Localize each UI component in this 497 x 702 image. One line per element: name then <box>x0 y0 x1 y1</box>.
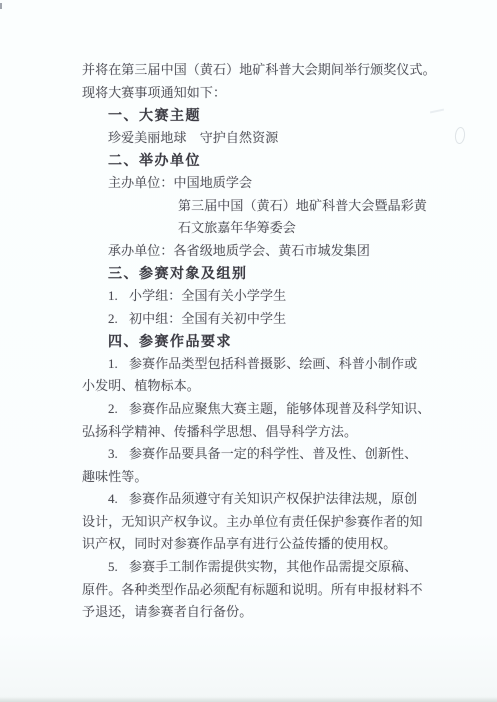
text-line: 承办单位：各省级地质学会、黄石市城发集团 <box>82 240 462 263</box>
text-line: 2.初中组：全国有关初中学生 <box>82 308 462 331</box>
text-line: 第三届中国（黄石）地矿科普大会暨晶彩黄 <box>82 195 462 218</box>
text-line: 3.参赛作品要具备一定的科学性、普及性、创新性、 <box>82 443 462 466</box>
text-line: 1.参赛作品类型包括科普摄影、绘画、科普小制作或 <box>82 353 462 376</box>
line-text: 主办单位：中国地质学会 <box>108 175 252 190</box>
line-text: 第三届中国（黄石）地矿科普大会暨晶彩黄 <box>178 198 427 213</box>
line-text: 小学组：全国有关小学学生 <box>129 288 286 303</box>
line-text: 现将大赛事项通知如下： <box>82 85 226 100</box>
list-item-number: 4. <box>108 488 129 511</box>
text-line: 珍爱美丽地球 守护自然资源 <box>82 127 462 150</box>
section-heading: 二、举办单位 <box>82 149 462 172</box>
line-text: 三、参赛对象及组别 <box>108 265 248 281</box>
text-line: 主办单位：中国地质学会 <box>82 172 462 195</box>
line-text: 承办单位：各省级地质学会、黄石市城发集团 <box>108 243 370 258</box>
line-text: 予退还，请参赛者自行备份。 <box>82 604 252 619</box>
text-line: 1.小学组：全国有关小学学生 <box>82 285 462 308</box>
text-line: 2.参赛作品应聚焦大赛主题，能够体现普及科学知识、 <box>82 398 462 421</box>
list-item-number: 5. <box>108 556 129 579</box>
section-heading: 四、参赛作品要求 <box>82 330 462 353</box>
line-text: 参赛作品应聚焦大赛主题，能够体现普及科学知识、 <box>129 401 430 416</box>
section-heading: 一、大赛主题 <box>82 104 462 127</box>
line-text: 参赛作品要具备一定的科学性、普及性、创新性、 <box>129 446 417 461</box>
text-line: 予退还，请参赛者自行备份。 <box>82 601 462 624</box>
line-text: 原件。各种类型作品必须配有标题和说明。所有申报材料不 <box>82 582 423 597</box>
list-item-number: 1. <box>108 285 129 308</box>
text-line: 趣味性等。 <box>82 466 462 489</box>
section-heading: 三、参赛对象及组别 <box>82 262 462 285</box>
line-text: 珍爱美丽地球 守护自然资源 <box>108 130 278 145</box>
line-text: 四、参赛作品要求 <box>108 333 232 349</box>
line-text: 参赛作品须遵守有关知识产权保护法律法规，原创 <box>129 491 417 506</box>
text-line: 原件。各种类型作品必须配有标题和说明。所有申报材料不 <box>82 579 462 602</box>
text-line: 现将大赛事项通知如下： <box>82 82 462 105</box>
line-text: 二、举办单位 <box>108 152 201 168</box>
text-line: 识产权，同时对参赛作品享有进行公益传播的使用权。 <box>82 533 462 556</box>
scanner-bottom-shadow <box>0 697 497 702</box>
line-text: 初中组：全国有关初中学生 <box>129 311 286 326</box>
list-item-number: 1. <box>108 353 129 376</box>
text-line: 弘扬科学精神、传播科学思想、倡导科学方法。 <box>82 421 462 444</box>
list-item-number: 2. <box>108 398 129 421</box>
scan-edge-speck <box>0 3 2 9</box>
scan-ring-artifact <box>454 127 466 145</box>
line-text: 小发明、植物标本。 <box>82 378 200 393</box>
text-line: 4.参赛作品须遵守有关知识产权保护法律法规，原创 <box>82 488 462 511</box>
text-line: 石文旅嘉年华筹委会 <box>82 217 462 240</box>
notice-text-block: 并将在第三届中国（黄石）地矿科普大会期间举行颁奖仪式。现将大赛事项通知如下：一、… <box>82 59 462 624</box>
line-text: 趣味性等。 <box>82 469 148 484</box>
line-text: 弘扬科学精神、传播科学思想、倡导科学方法。 <box>82 424 357 439</box>
line-text: 设计，无知识产权争议。主办单位有责任保护参赛作者的知 <box>82 514 423 529</box>
line-text: 石文旅嘉年华筹委会 <box>178 220 296 235</box>
list-item-number: 3. <box>108 443 129 466</box>
line-text: 并将在第三届中国（黄石）地矿科普大会期间举行颁奖仪式。 <box>82 62 436 77</box>
line-text: 参赛手工制作需提供实物，其他作品需提交原稿、 <box>129 559 417 574</box>
line-text: 识产权，同时对参赛作品享有进行公益传播的使用权。 <box>82 536 396 551</box>
scanned-notice-page: 并将在第三届中国（黄石）地矿科普大会期间举行颁奖仪式。现将大赛事项通知如下：一、… <box>0 0 497 702</box>
text-line: 设计，无知识产权争议。主办单位有责任保护参赛作者的知 <box>82 511 462 534</box>
line-text: 参赛作品类型包括科普摄影、绘画、科普小制作或 <box>129 356 417 371</box>
text-line: 5.参赛手工制作需提供实物，其他作品需提交原稿、 <box>82 556 462 579</box>
text-line: 并将在第三届中国（黄石）地矿科普大会期间举行颁奖仪式。 <box>82 59 462 82</box>
text-line: 小发明、植物标本。 <box>82 375 462 398</box>
line-text: 一、大赛主题 <box>108 107 201 123</box>
list-item-number: 2. <box>108 308 129 331</box>
